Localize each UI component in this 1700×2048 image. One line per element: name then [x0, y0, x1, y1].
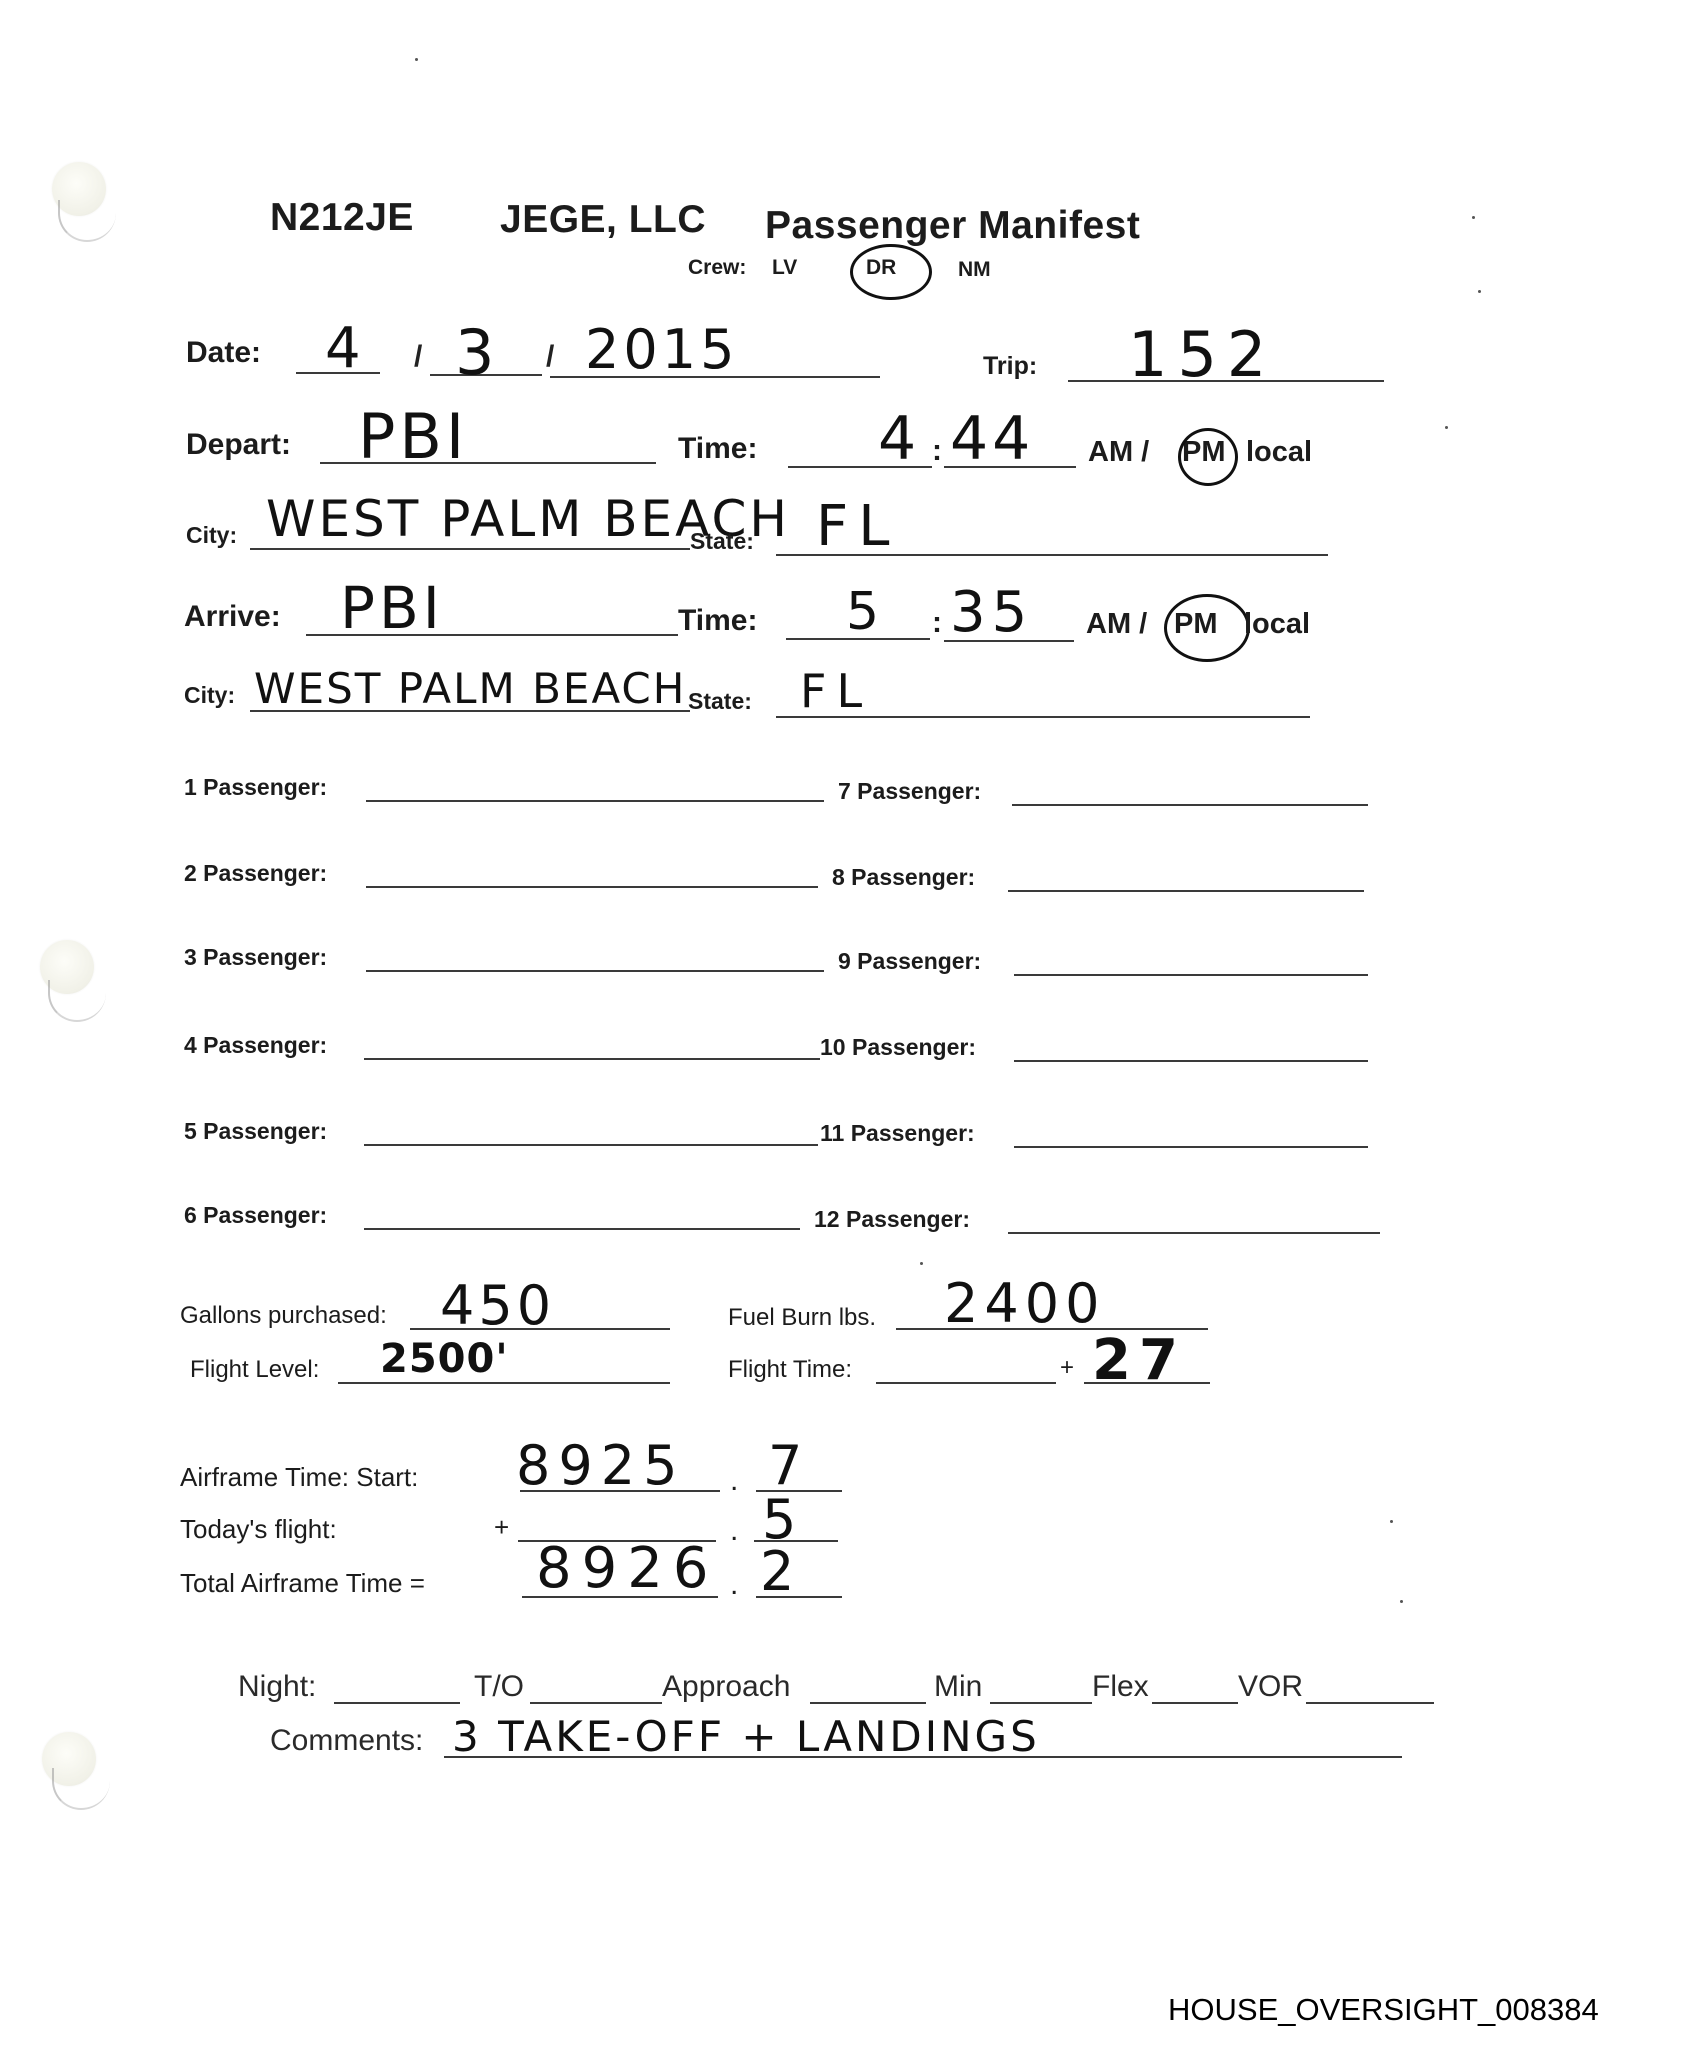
passenger-12-field[interactable] [1008, 1232, 1380, 1234]
hole-punch-shadow-middle [48, 980, 106, 1022]
flight-time-minutes-value[interactable]: 27 [1092, 1328, 1186, 1393]
arrive-hour-value[interactable]: 5 [846, 582, 883, 642]
today-flight-plus: + [494, 1512, 509, 1543]
arrive-city-value[interactable]: WEST PALM BEACH [254, 664, 686, 713]
passenger-9-label: 9 Passenger: [838, 948, 981, 975]
passenger-10-label: 10 Passenger: [820, 1034, 976, 1061]
takeoff-label: T/O [474, 1670, 524, 1704]
takeoff-field[interactable] [530, 1702, 662, 1704]
comments-label: Comments: [270, 1724, 423, 1758]
form-title: Passenger Manifest [765, 204, 1140, 248]
passenger-8-field[interactable] [1008, 890, 1364, 892]
depart-local-label: local [1246, 436, 1312, 469]
total-airframe-label: Total Airframe Time = [180, 1568, 425, 1599]
arrive-time-label: Time: [678, 604, 757, 638]
passenger-7-field[interactable] [1012, 804, 1368, 806]
approach-field[interactable] [810, 1702, 926, 1704]
trip-number-value[interactable]: 152 [1128, 318, 1276, 391]
depart-city-label: City: [186, 522, 237, 549]
total-airframe-whole-value[interactable]: 8926 [536, 1536, 719, 1601]
passenger-11-label: 11 Passenger: [820, 1120, 975, 1147]
passenger-5-field[interactable] [364, 1144, 818, 1146]
date-year-value[interactable]: 2015 [585, 318, 738, 381]
passenger-7-label: 7 Passenger: [838, 778, 981, 805]
passenger-2-label: 2 Passenger: [184, 860, 327, 887]
depart-pm-selected-circle [1178, 428, 1238, 486]
airframe-start-whole-value[interactable]: 8925 [516, 1434, 685, 1497]
arrive-state-label: State: [688, 688, 752, 715]
depart-state-value[interactable]: FL [816, 494, 899, 559]
arrive-local-label: local [1244, 608, 1310, 641]
vor-label: VOR [1238, 1670, 1303, 1704]
hole-punch-shadow-bottom [52, 1768, 110, 1810]
scan-speck [1400, 1600, 1403, 1603]
company-name: JEGE, LLC [500, 198, 706, 242]
crew-option-nm[interactable]: NM [958, 258, 991, 282]
passenger-2-field[interactable] [366, 886, 818, 888]
scan-speck [415, 58, 418, 61]
flight-time-plus: + [1060, 1354, 1074, 1382]
passenger-3-label: 3 Passenger: [184, 944, 327, 971]
fuel-burn-label: Fuel Burn lbs. [728, 1304, 876, 1332]
passenger-1-field[interactable] [366, 800, 824, 802]
date-sep-1: / [414, 340, 422, 374]
gallons-label: Gallons purchased: [180, 1302, 387, 1330]
today-flight-label: Today's flight: [180, 1514, 337, 1545]
scan-speck [920, 1262, 923, 1265]
gallons-value[interactable]: 450 [440, 1274, 555, 1337]
passenger-12-label: 12 Passenger: [814, 1206, 970, 1233]
depart-colon: : [932, 434, 942, 468]
arrive-airport-value[interactable]: PBI [340, 574, 444, 642]
min-field[interactable] [990, 1702, 1092, 1704]
scan-speck [1478, 290, 1481, 293]
arrive-colon: : [932, 606, 942, 640]
arrive-state-value[interactable]: FL [800, 664, 872, 718]
today-flight-decimal: . [730, 1514, 738, 1548]
flex-label: Flex [1092, 1670, 1149, 1704]
night-label: Night: [238, 1670, 316, 1704]
date-month-value[interactable]: 4 [325, 316, 365, 381]
arrive-label: Arrive: [184, 600, 281, 634]
scan-speck [1390, 1520, 1393, 1523]
passenger-9-field[interactable] [1014, 974, 1368, 976]
approach-label: Approach [662, 1670, 790, 1704]
vor-field[interactable] [1306, 1702, 1434, 1704]
bates-number: HOUSE_OVERSIGHT_008384 [1168, 1992, 1599, 2028]
flight-level-value[interactable]: 2500' [380, 1336, 509, 1382]
passenger-8-label: 8 Passenger: [832, 864, 975, 891]
total-airframe-decimal: . [730, 1568, 738, 1602]
crew-label: Crew: [688, 256, 746, 280]
depart-label: Depart: [186, 428, 291, 462]
crew-option-lv[interactable]: LV [772, 256, 797, 280]
hole-punch-shadow-top [58, 200, 116, 242]
scan-speck [1445, 426, 1448, 429]
airframe-start-decimal: . [730, 1464, 738, 1498]
date-label: Date: [186, 336, 261, 370]
passenger-6-field[interactable] [364, 1228, 800, 1230]
tail-number: N212JE [270, 196, 414, 240]
trip-label: Trip: [983, 352, 1037, 381]
scan-speck [1472, 216, 1475, 219]
flight-level-label: Flight Level: [190, 1356, 319, 1384]
flight-time-hours-field[interactable] [876, 1382, 1056, 1384]
arrive-minute-value[interactable]: 35 [950, 580, 1033, 645]
passenger-11-field[interactable] [1014, 1146, 1368, 1148]
passenger-5-label: 5 Passenger: [184, 1118, 327, 1145]
flex-field[interactable] [1152, 1702, 1238, 1704]
passenger-1-label: 1 Passenger: [184, 774, 327, 801]
arrive-city-label: City: [184, 682, 235, 709]
flight-time-label: Flight Time: [728, 1356, 852, 1384]
depart-minute-value[interactable]: 44 [950, 404, 1034, 474]
depart-am-option[interactable]: AM / [1088, 436, 1149, 469]
depart-time-label: Time: [678, 432, 757, 466]
passenger-3-field[interactable] [366, 970, 824, 972]
depart-airport-value[interactable]: PBI [358, 400, 468, 473]
arrive-pm-selected-circle [1164, 594, 1250, 662]
depart-hour-value[interactable]: 4 [878, 404, 920, 474]
crew-selected-circle [850, 244, 932, 300]
depart-state-label: State: [690, 528, 754, 555]
comments-value[interactable]: 3 TAKE-OFF + LANDINGS [452, 1712, 1040, 1761]
date-sep-2: / [546, 340, 554, 374]
passenger-6-label: 6 Passenger: [184, 1202, 327, 1229]
depart-city-line [250, 548, 690, 550]
arrive-am-option[interactable]: AM / [1086, 608, 1147, 641]
passenger-4-field[interactable] [364, 1058, 820, 1060]
airframe-start-label: Airframe Time: Start: [180, 1462, 418, 1493]
total-airframe-tenths-value[interactable]: 2 [760, 1540, 798, 1603]
night-field[interactable] [334, 1702, 460, 1704]
passenger-4-label: 4 Passenger: [184, 1032, 327, 1059]
date-day-value[interactable]: 3 [455, 316, 498, 389]
passenger-10-field[interactable] [1014, 1060, 1368, 1062]
min-label: Min [934, 1670, 982, 1704]
fuel-burn-value[interactable]: 2400 [944, 1272, 1105, 1335]
flight-level-line [338, 1382, 670, 1384]
